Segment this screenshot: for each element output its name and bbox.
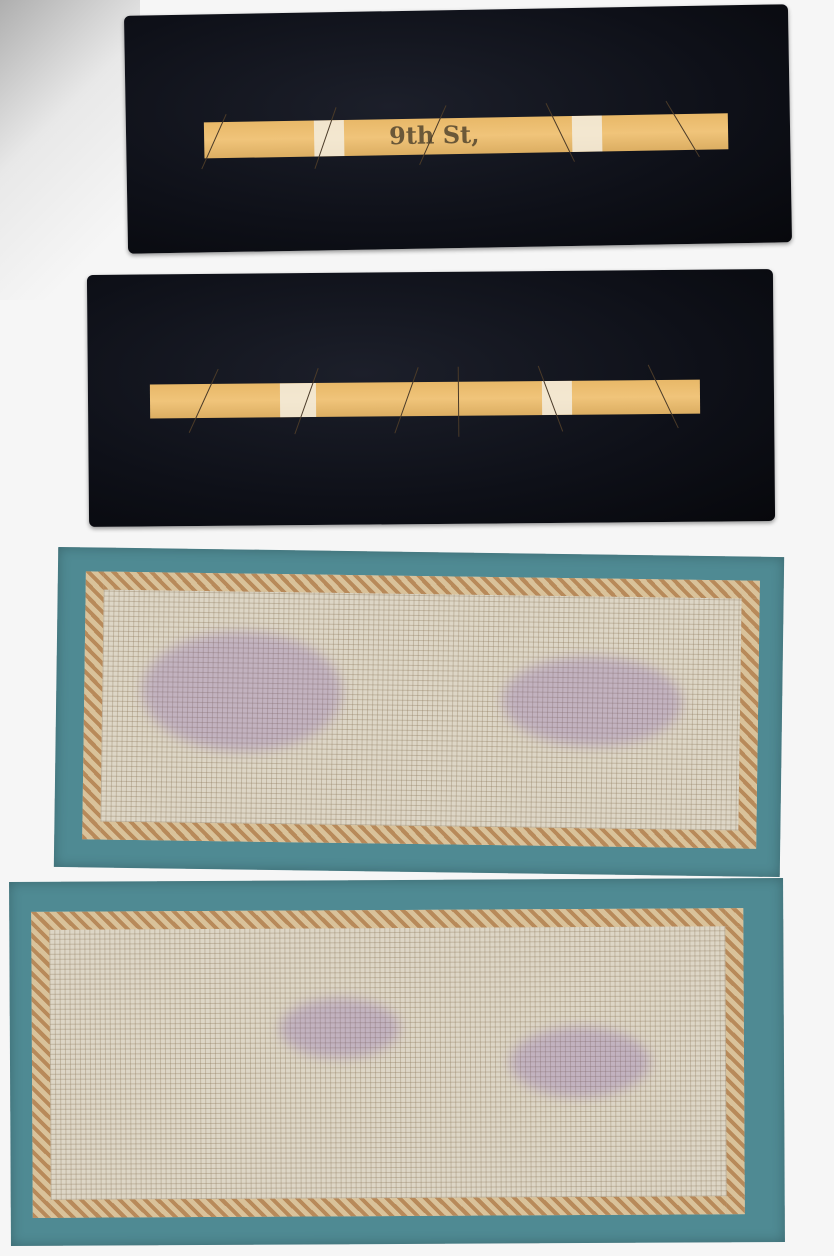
shoulder-strap-4-back [9,878,785,1246]
stripe-text: 9th St, [389,118,480,154]
background-shadow [0,0,140,300]
embroidered-mesh-backing [82,571,760,848]
shoulder-strap-2 [87,269,775,527]
shoulder-strap-1: 9th St, [124,4,792,254]
shoulder-strap-3-back [54,547,784,877]
paper-stripe-2 [150,380,700,419]
embroidered-mesh-backing [31,908,745,1218]
paper-stripe-1: 9th St, [204,113,729,158]
